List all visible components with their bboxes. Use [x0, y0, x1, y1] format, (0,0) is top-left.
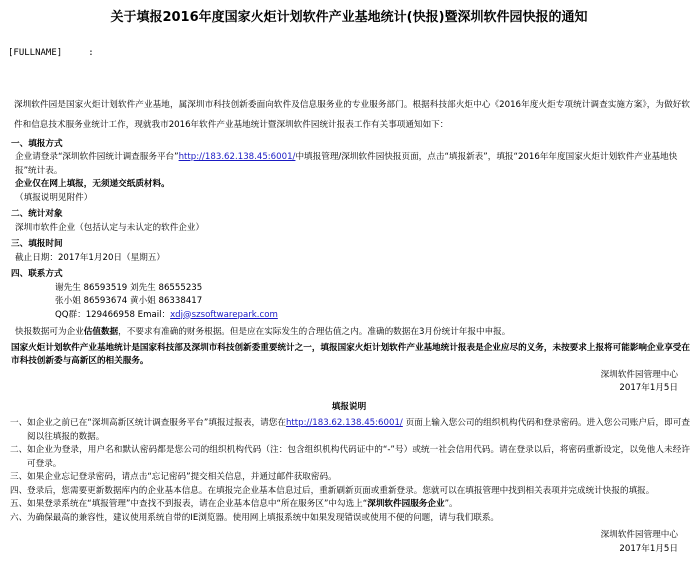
item-marker: 五、: [10, 498, 27, 512]
item-text: 如企业为登录，用户名和默认密码都是您公司的组织机构代码（注：包含组织机构代码证中…: [27, 445, 690, 469]
instruction-item-4: 四、登录后，您需要更新数据库内的企业基本信息。在填报完企业基本信息过后，重新刷新…: [8, 485, 690, 499]
item-text-post: ”。: [445, 499, 458, 509]
salutation: [FULLNAME]:: [8, 47, 690, 61]
section-2-heading: 二、统计对象: [8, 208, 690, 222]
instruction-item-3: 三、如果企业忘记登录密码，请点击“忘记密码”提交相关信息，并通过邮件获取密码。: [8, 471, 690, 485]
notice-page: 关于填报2016年度国家火炬计划软件产业基地统计(快报)暨深圳软件园快报的通知 …: [0, 0, 700, 565]
intro-paragraph: 深圳软件园是国家火炬计划软件产业基地，属深圳市科技创新委面向软件及信息服务业的专…: [8, 95, 690, 135]
recipient-placeholder: [FULLNAME]: [8, 48, 62, 58]
section-1-heading: 一、填报方式: [8, 138, 690, 152]
statistics-target: 深圳市软件企业（包括认定与未认定的软件企业）: [8, 222, 690, 236]
deadline-line: 截止日期：2017年1月20日（星期五）: [8, 252, 690, 266]
item-marker: 六、: [10, 512, 27, 526]
estimate-bold: 估值数据: [84, 327, 118, 337]
instruction-item-2: 二、如企业为登录，用户名和默认密码都是您公司的组织机构代码（注：包含组织机构代码…: [8, 444, 690, 471]
service-enterprise-bold: 深圳软件园服务企业: [367, 499, 444, 509]
instruction-item-6: 六、为确保最高的兼容性，建议使用系统自带的IE浏览器。使用网上填报系统中如果发现…: [8, 512, 690, 526]
item-text: 为确保最高的兼容性，建议使用系统自带的IE浏览器。使用网上填报系统中如果发现错误…: [27, 513, 499, 523]
instruction-portal-link[interactable]: http://183.62.138.45:6001/: [286, 418, 403, 428]
salutation-colon: :: [88, 48, 93, 58]
portal-link[interactable]: http://183.62.138.45:6001/: [179, 152, 296, 162]
estimate-note: 快报数据可为企业估值数据，不要求有准确的财务根据。但是应在实际发生的合理估值之内…: [8, 326, 690, 340]
item-marker: 四、: [10, 485, 27, 499]
signoff-org: 深圳软件园管理中心: [8, 369, 678, 383]
estimate-pre: 快报数据可为企业: [15, 327, 84, 337]
section-3-heading: 三、填报时间: [8, 238, 690, 252]
item-text: 如果企业忘记登录密码，请点击“忘记密码”提交相关信息，并通过邮件获取密码。: [27, 472, 337, 482]
qq-group-text: QQ群：129466958 Email：: [55, 310, 170, 320]
item-marker: 三、: [10, 471, 27, 485]
portal-text-pre: 企业请登录“深圳软件园统计调查服务平台”: [15, 152, 179, 162]
item-text-pre: 如果登录系统在“填报管理”中查找不到报表，请在企业基本信息中“所在服务区”中勾选…: [27, 499, 367, 509]
email-link[interactable]: xdj@szsoftwarepark.com: [170, 310, 278, 320]
item-marker: 二、: [10, 444, 27, 458]
section-1-instructions: 企业请登录“深圳软件园统计调查服务平台”http://183.62.138.45…: [8, 151, 690, 178]
item-text-pre: 如企业之前已在“深圳高新区统计调查服务平台”填报过报表，请您在: [27, 418, 286, 428]
instructions-list: 一、如企业之前已在“深圳高新区统计调查服务平台”填报过报表，请您在http://…: [8, 417, 690, 525]
notice-title: 关于填报2016年度国家火炬计划软件产业基地统计(快报)暨深圳软件园快报的通知: [8, 9, 690, 27]
section-4-heading: 四、联系方式: [8, 268, 690, 282]
signoff-date: 2017年1月5日: [8, 382, 678, 396]
item-marker: 一、: [10, 417, 27, 431]
signoff-org: 深圳软件园管理中心: [8, 529, 678, 543]
obligation-note: 国家火炬计划软件产业基地统计是国家科技部及深圳市科技创新委重要统计之一，填报国家…: [8, 342, 690, 369]
item-text: 登录后，您需要更新数据库内的企业基本信息。在填报完企业基本信息过后，重新刷新页面…: [27, 486, 654, 496]
estimate-post: ，不要求有准确的财务根据。但是应在实际发生的合理估值之内。准确的数据在3月份统计…: [118, 327, 510, 337]
no-paper-note: 企业仅在网上填报，无须递交纸质材料。: [8, 178, 690, 192]
contact-line-1: 谢先生 86593519 刘先生 86555235: [8, 282, 690, 296]
instructions-title: 填报说明: [8, 401, 690, 415]
signoff-2: 深圳软件园管理中心 2017年1月5日: [8, 529, 690, 556]
instruction-item-5: 五、如果登录系统在“填报管理”中查找不到报表，请在企业基本信息中“所在服务区”中…: [8, 498, 690, 512]
signoff-date: 2017年1月5日: [8, 543, 678, 557]
signoff-1: 深圳软件园管理中心 2017年1月5日: [8, 369, 690, 396]
qq-email-line: QQ群：129466958 Email：xdj@szsoftwarepark.c…: [8, 309, 690, 323]
contact-line-2: 张小姐 86593674 黄小姐 86338417: [8, 295, 690, 309]
attachment-note: （填报说明见附件）: [8, 192, 690, 206]
instruction-item-1: 一、如企业之前已在“深圳高新区统计调查服务平台”填报过报表，请您在http://…: [8, 417, 690, 444]
